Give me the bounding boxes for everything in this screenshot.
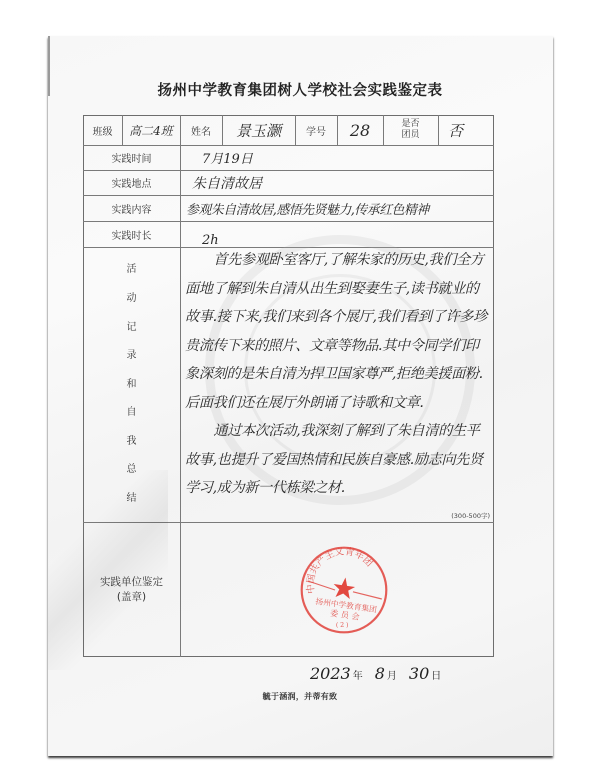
practice-place-value[interactable]: 朱自清故居 [180,170,494,195]
label-char: 和 [127,371,137,400]
unit-appraisal-label: 实践单位鉴定 (盖章) [83,522,180,657]
class-value[interactable]: 高二4班 [122,115,180,145]
label-char: 录 [127,342,137,371]
label-char: 自 [127,399,137,428]
unit-appraisal-label-line1: 实践单位鉴定 [100,575,163,590]
league-member-label-line1: 是否 [401,119,419,130]
practice-duration-label: 实践时长 [83,221,180,247]
label-char: 记 [127,314,137,343]
label-char: 活 [127,256,137,285]
label-char: 结 [127,485,137,514]
label-char: 总 [127,456,137,485]
practice-time-value[interactable]: 7月19日 [180,145,494,170]
league-member-label-line2: 团员 [401,130,419,141]
date-day[interactable]: 30 [409,664,429,683]
school-motto: 毓于涵润，并蒂有致 [0,691,600,702]
activity-summary-text[interactable]: 首先参观卧室客厅,了解朱家的历史,我们全方面地了解到朱自清从出生到娶妻生子,读书… [185,246,489,503]
summary-paragraph: 通过本次活动,我深刻了解到了朱自清的生平故事,也提升了爱国热情和民族自豪感.励志… [185,417,489,503]
date-year[interactable]: 2023 [310,664,351,683]
day-unit: 日 [431,671,441,682]
label-char: 动 [127,285,137,314]
unit-appraisal-label-line2: (盖章) [117,590,146,605]
activity-record-label: 活 动 记 录 和 自 我 总 结 [83,248,180,522]
summary-paragraph: 首先参观卧室客厅,了解朱家的历史,我们全方面地了解到朱自清从出生到娶妻生子,读书… [185,246,489,417]
official-seal-stamp: 中国共产主义青年团 扬州中学教育集团 委员会 (2) [299,545,389,635]
stamp-inner-text-3: (2) [336,622,350,629]
practice-content-label: 实践内容 [83,195,180,221]
name-value[interactable]: 景玉灏 [222,115,295,145]
class-label: 班级 [83,115,122,145]
student-no-value[interactable]: 28 [337,115,383,145]
form-title: 扬州中学教育集团树人学校社会实践鉴定表 [0,79,600,100]
practice-time-label: 实践时间 [83,145,180,170]
league-member-value[interactable]: 否 [438,115,494,145]
practice-content-value[interactable]: 参观朱自清故居,感悟先贤魅力,传承红色精神 [180,195,494,221]
league-member-label: 是否 团员 [383,115,438,145]
month-unit: 月 [387,671,397,682]
student-no-label: 学号 [295,115,337,145]
sign-date: 2023年8月30日 [310,664,453,683]
label-char: 我 [127,428,137,457]
date-month[interactable]: 8 [375,664,385,683]
word-count-hint: (300-500字) [451,511,490,520]
name-label: 姓名 [180,115,222,145]
practice-place-label: 实践地点 [83,170,180,195]
year-unit: 年 [353,671,363,682]
